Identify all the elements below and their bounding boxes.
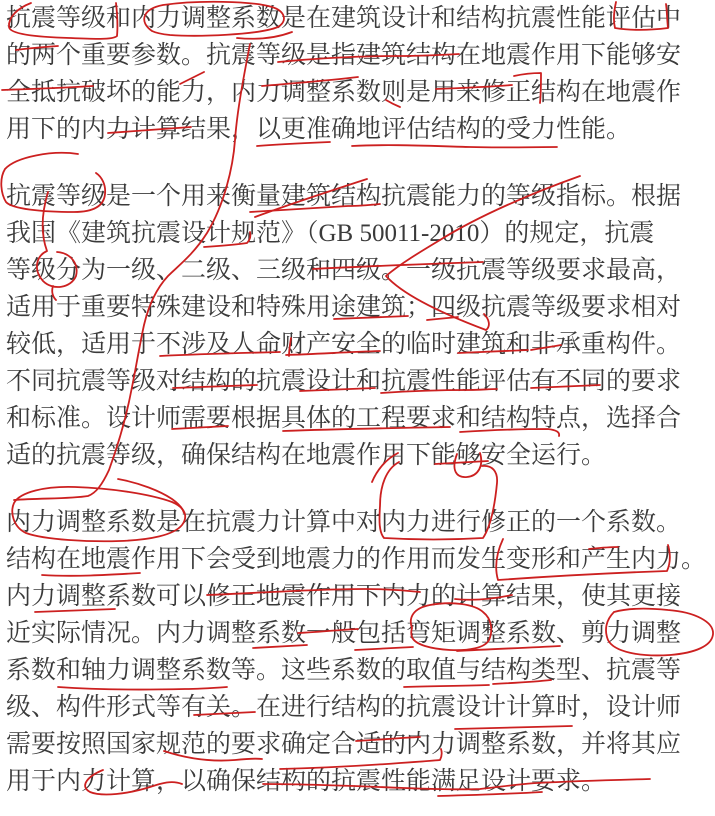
- text-line-p3-1: 内力调整系数是在抗震力计算中对内力进行修正的一个系数。: [0, 504, 715, 541]
- text-line-p2-6: 不同抗震等级对结构的抗震设计和抗震性能评估有不同的要求: [0, 363, 715, 400]
- text-line-p3-4: 近实际情况。内力调整系数一般包括弯矩调整系数、剪力调整: [0, 615, 715, 652]
- text-line-p1-2: 的两个重要参数。抗震等级是指建筑结构在地震作用下能够安: [0, 37, 715, 74]
- text-line-p3-5: 系数和轴力调整系数等。这些系数的取值与结构类型、抗震等: [0, 652, 715, 689]
- document-text: 抗震等级和内力调整系数是在建筑设计和结构抗震性能评估中的两个重要参数。抗震等级是…: [0, 0, 715, 800]
- text-line-p2-3: 等级分为一级、二级、三级和四级。一级抗震等级要求最高，: [0, 252, 715, 289]
- text-line-p2-5: 较低，适用于不涉及人命财产安全的临时建筑和非承重构件。: [0, 326, 715, 363]
- text-line-p2-7: 和标准。设计师需要根据具体的工程要求和结构特点，选择合: [0, 400, 715, 437]
- text-line-p1-1: 抗震等级和内力调整系数是在建筑设计和结构抗震性能评估中: [0, 0, 715, 37]
- text-line-p1-4: 用下的内力计算结果，以更准确地评估结构的受力性能。: [0, 111, 715, 148]
- text-line-p3-6: 级、构件形式等有关。在进行结构的抗震设计计算时，设计师: [0, 689, 715, 726]
- paragraph-2: 抗震等级是一个用来衡量建筑结构抗震能力的等级指标。根据我国《建筑抗震设计规范》（…: [0, 178, 715, 474]
- text-line-p1-3: 全抵抗破坏的能力，内力调整系数则是用来修正结构在地震作: [0, 74, 715, 111]
- text-line-p3-8: 用于内力计算，以确保结构的抗震性能满足设计要求。: [0, 763, 715, 800]
- text-line-p2-8: 适的抗震等级，确保结构在地震作用下能够安全运行。: [0, 437, 715, 474]
- paragraph-3: 内力调整系数是在抗震力计算中对内力进行修正的一个系数。结构在地震作用下会受到地震…: [0, 504, 715, 800]
- text-line-p3-3: 内力调整系数可以修正地震作用下内力的计算结果，使其更接: [0, 578, 715, 615]
- scanned-document-page: 抗震等级和内力调整系数是在建筑设计和结构抗震性能评估中的两个重要参数。抗震等级是…: [0, 0, 715, 816]
- text-line-p2-1: 抗震等级是一个用来衡量建筑结构抗震能力的等级指标。根据: [0, 178, 715, 215]
- text-line-p2-4: 适用于重要特殊建设和特殊用途建筑；四级抗震等级要求相对: [0, 289, 715, 326]
- text-line-p3-7: 需要按照国家规范的要求确定合适的内力调整系数，并将其应: [0, 726, 715, 763]
- text-line-p3-2: 结构在地震作用下会受到地震力的作用而发生变形和产生内力。: [0, 541, 715, 578]
- text-line-p2-2: 我国《建筑抗震设计规范》（GB 50011-2010）的规定，抗震: [0, 215, 715, 252]
- paragraph-1: 抗震等级和内力调整系数是在建筑设计和结构抗震性能评估中的两个重要参数。抗震等级是…: [0, 0, 715, 148]
